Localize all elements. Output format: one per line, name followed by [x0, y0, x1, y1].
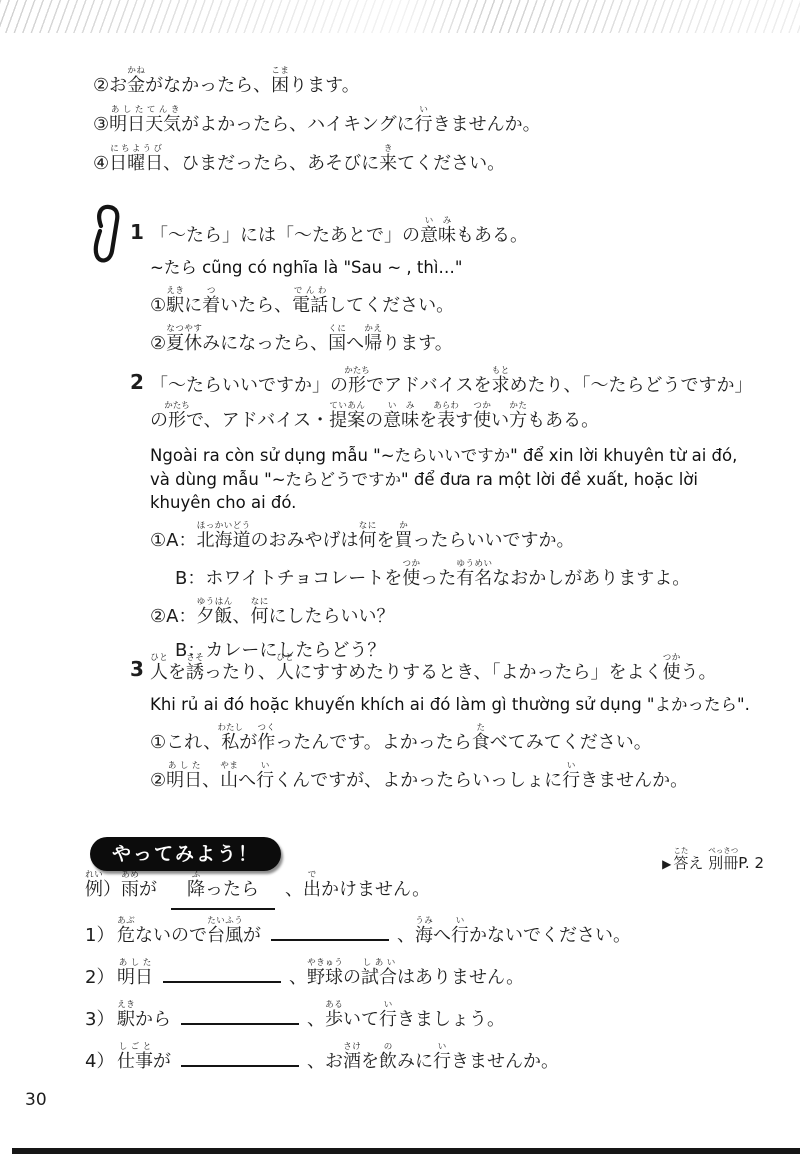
answer-reference: ▶答こたえ 別冊べっさつP. 2 — [662, 846, 764, 877]
note-translation-vi: ~たら cũng có nghĩa là "Sau ~ , thì…" — [150, 256, 528, 280]
exercise-number: 2） — [85, 961, 117, 994]
exercise-number: 1） — [85, 919, 117, 952]
note-number: 1 — [130, 220, 144, 244]
dialogue-line-a: ①A：北海道ほっかいどうのおみやげは何なにを買かったらいいですか。 — [150, 521, 752, 557]
note-heading-jp: 人ひとを誘さそったり、人ひとにすすめたりするとき、「よかったら」をよく使つかう。 — [150, 653, 750, 688]
exercise-row: 2）明日あした、野球やきゅうの試合しあいはありません。 — [85, 958, 631, 994]
note-example-line: ①駅えきに着ついたら、電話でんわしてください。 — [150, 286, 528, 322]
note-2: 2 「〜たらいいですか」の形かたちでアドバイスを求もとめたり、「〜たらどうですか… — [150, 366, 752, 667]
note-heading-jp: 「〜たらいいですか」の形かたちでアドバイスを求もとめたり、「〜たらどうですか」 — [150, 366, 752, 401]
exercise-post-text: 、お酒さけを飲のみに行いきませんか。 — [307, 1051, 559, 1072]
intro-example-line: ③明日あした天気てんきがよかったら、ハイキングに行いきませんか。 — [93, 105, 541, 144]
fill-in-blank — [181, 1003, 299, 1025]
triangle-arrow-icon: ▶ — [662, 857, 671, 871]
tryit-exercises: 例れい）雨あめが降ふったら、出でかけません。 1）危あぶないので台風たいふうが、… — [85, 870, 631, 1078]
exercise-post-text: 、出でかけません。 — [285, 879, 430, 900]
note-example-line: ①これ、私わたしが作つくったんです。よかったら食たべてみてください。 — [150, 723, 750, 759]
fill-in-blank — [181, 1045, 299, 1067]
textbook-page: ②お金かねがなかったら、困こまります。 ③明日あした天気てんきがよかったら、ハイ… — [0, 0, 800, 1154]
exercise-pre-text: 雨あめが — [121, 879, 157, 900]
note-number: 3 — [130, 657, 144, 681]
intro-example-line: ②お金かねがなかったら、困こまります。 — [93, 66, 541, 105]
note-translation-vi: Khi rủ ai đó hoặc khuyến khích ai đó làm… — [150, 693, 750, 717]
exercise-pre-text: 駅えきから — [117, 1009, 171, 1030]
dialogue-line-a: ②A：夕飯ゆうはん、何なににしたらいい？ — [150, 597, 752, 633]
exercise-post-text: 、歩あるいて行いきましょう。 — [307, 1009, 505, 1030]
exercise-post-text: 、野球やきゅうの試合しあいはありません。 — [289, 967, 524, 988]
answer-reference-label: 答こたえ 別冊べっさつP. 2 — [673, 854, 764, 872]
exercise-row: 3）駅えきから、歩あるいて行いきましょう。 — [85, 1000, 631, 1036]
exercise-number: 4） — [85, 1045, 117, 1078]
note-heading-jp: 「〜たら」には「〜たあとで」の意味いみもある。 — [150, 216, 528, 251]
note-example-line: ②明日あした、山やまへ行いくんですが、よかったらいっしょに行いきませんか。 — [150, 761, 750, 797]
exercise-pre-text: 仕事しごとが — [117, 1051, 171, 1072]
exercise-number: 3） — [85, 1003, 117, 1036]
tryit-banner: やってみよう！ — [90, 837, 281, 871]
note-1: 1 「〜たら」には「〜たあとで」の意味いみもある。 ~たら cũng có ng… — [150, 216, 528, 360]
fill-in-blank — [163, 961, 281, 983]
intro-examples: ②お金かねがなかったら、困こまります。 ③明日あした天気てんきがよかったら、ハイ… — [93, 66, 541, 183]
note-example-line: ②夏休なつやすみになったら、国くにへ帰かえります。 — [150, 324, 528, 360]
note-translation-vi: Ngoài ra còn sử dụng mẫu "~たらいいですか" để x… — [150, 444, 752, 468]
dialogue-line-b: B：ホワイトチョコレートを使つかった有名ゆうめいなおかしがありますよ。 — [175, 559, 752, 595]
exercise-row: 4）仕事しごとが、お酒さけを飲のみに行いきませんか。 — [85, 1042, 631, 1078]
note-3: 3 人ひとを誘さそったり、人ひとにすすめたりするとき、「よかったら」をよく使つか… — [150, 653, 750, 797]
intro-example-line: ④日曜日にちようび、ひまだったら、あそびに来きてください。 — [93, 144, 541, 183]
exercise-example-row: 例れい）雨あめが降ふったら、出でかけません。 — [85, 870, 631, 910]
exercise-number: 例れい） — [85, 870, 121, 908]
paperclip-icon — [91, 203, 125, 269]
top-edge-texture — [0, 0, 800, 33]
bottom-scan-edge — [12, 1148, 800, 1154]
note-translation-vi: khuyên cho ai đó. — [150, 491, 752, 515]
exercise-row: 1）危あぶないので台風たいふうが、海うみへ行いかないでください。 — [85, 916, 631, 952]
note-heading-jp: の形かたちで、アドバイス・提案ていあんの意味いみを表あらわす使つかい方かたもある… — [150, 401, 752, 436]
fill-in-blank — [271, 919, 389, 941]
exercise-pre-text: 明日あした — [117, 967, 153, 988]
exercise-pre-text: 危あぶないので台風たいふうが — [117, 925, 261, 946]
example-answer: 降ふったら — [171, 870, 275, 910]
exercise-post-text: 、海うみへ行いかないでください。 — [397, 925, 631, 946]
note-number: 2 — [130, 370, 144, 394]
note-translation-vi: và dùng mẫu "~たらどうですか" để đưa ra một lời… — [150, 468, 752, 492]
page-number: 30 — [25, 1090, 47, 1110]
